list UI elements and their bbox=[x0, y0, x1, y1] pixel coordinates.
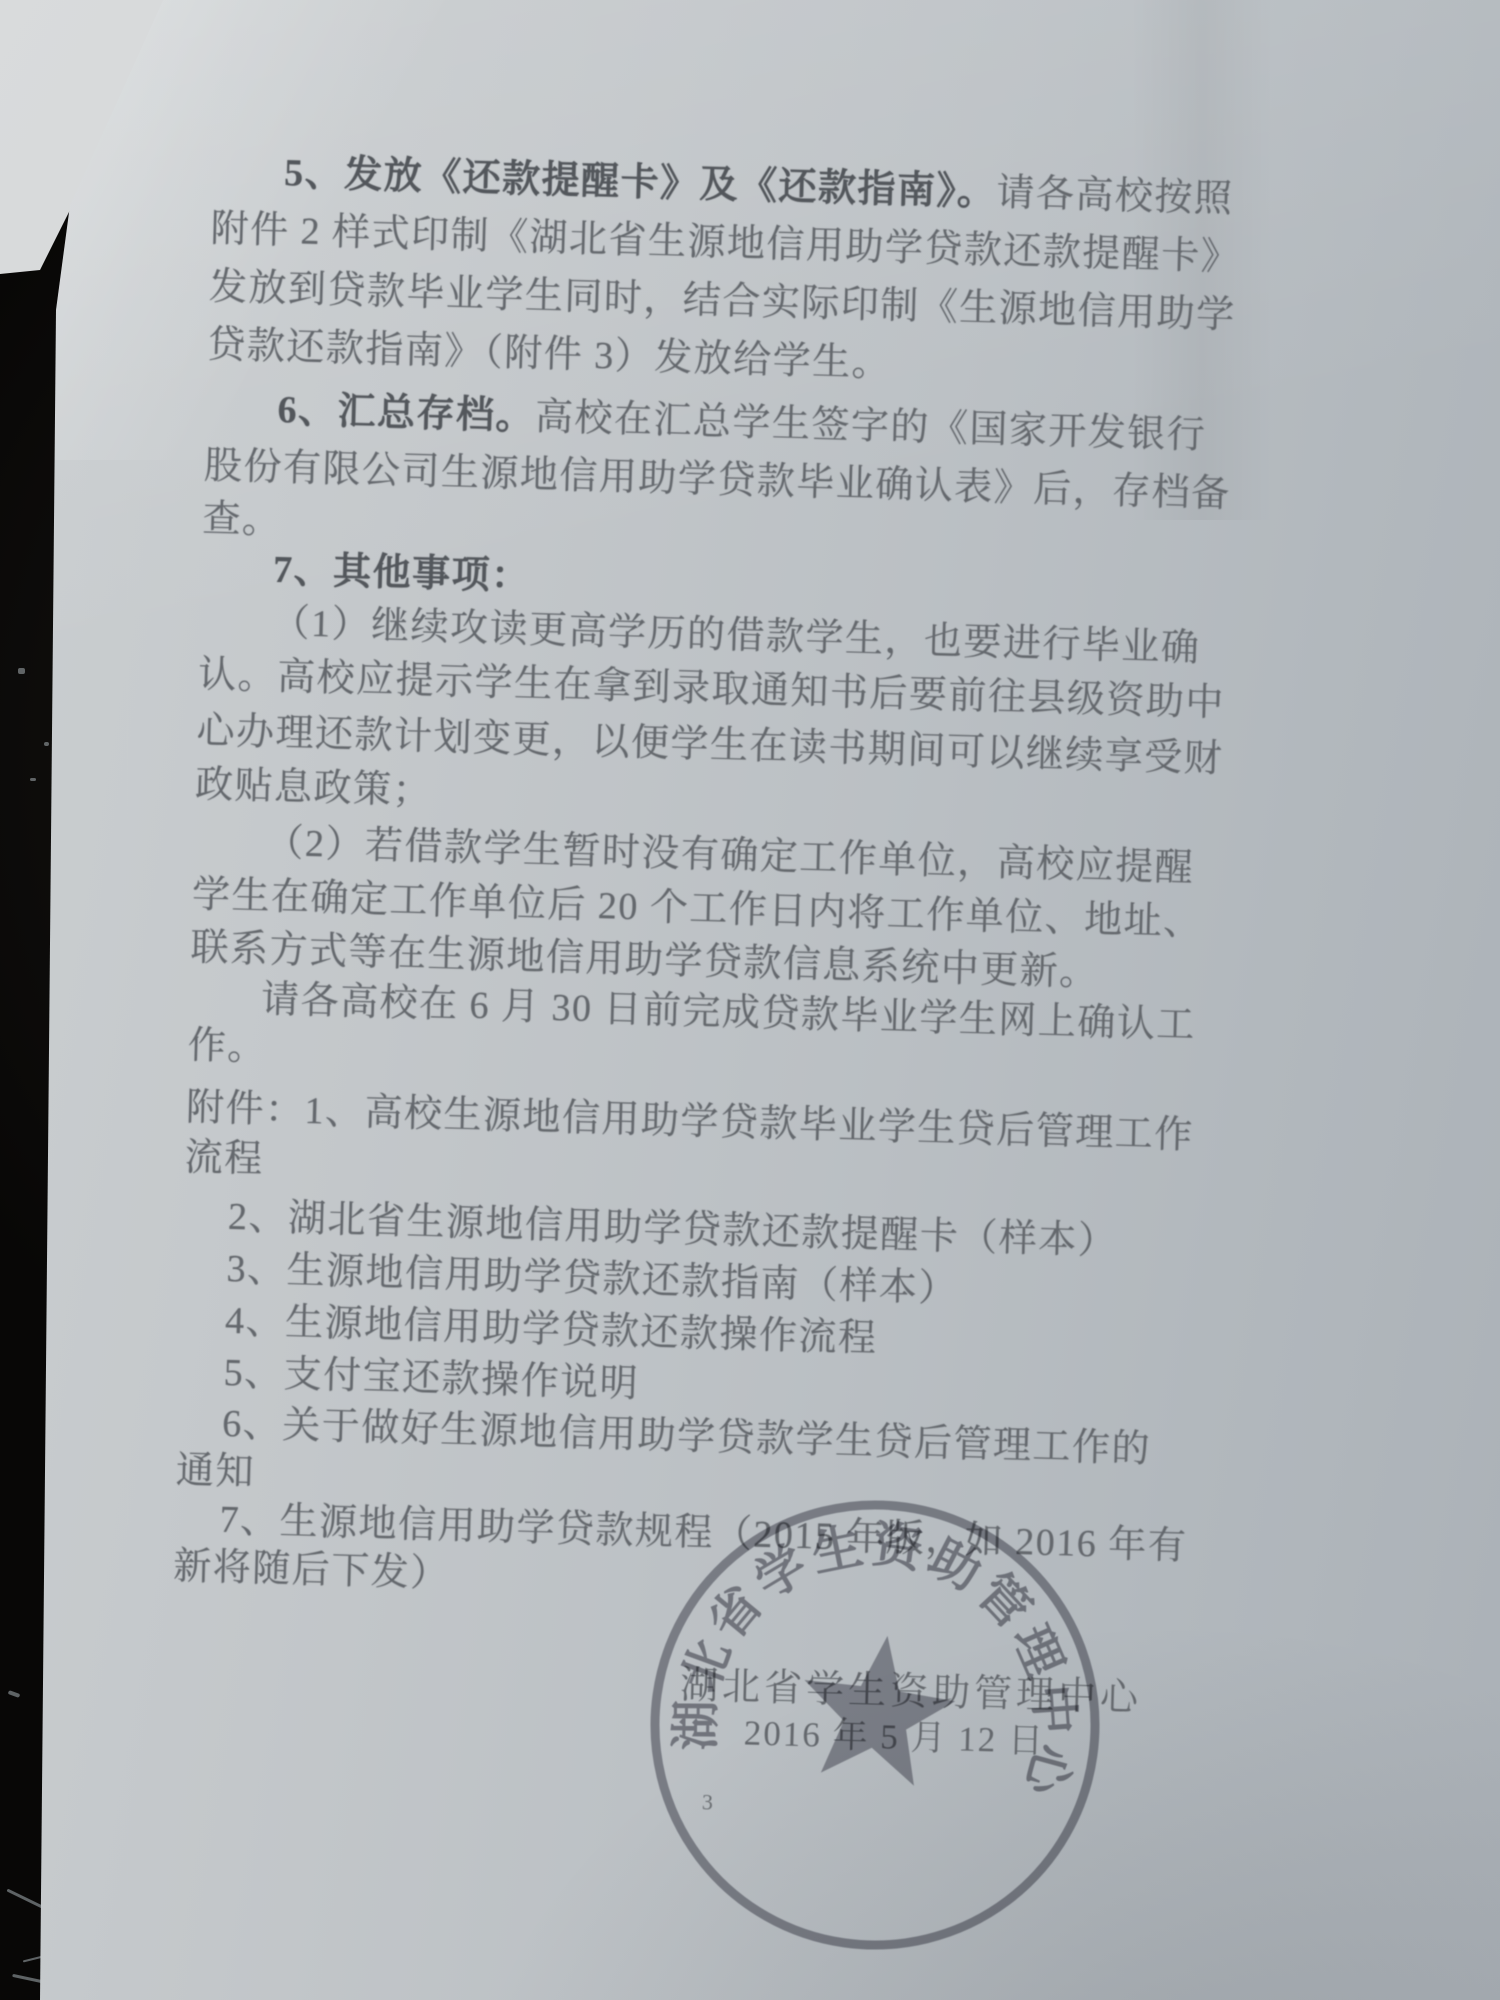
text-segment: 5、支付宝还款操作说明 bbox=[223, 1352, 640, 1406]
text-line: 贷款还款指南》（附件 3）发放给学生。 bbox=[207, 322, 892, 387]
text-segment-bold: 6、汇总存档。 bbox=[277, 389, 536, 438]
text-segment: 流程 bbox=[184, 1137, 264, 1181]
text-line: 7、其他事项： bbox=[273, 547, 532, 600]
text-line: 通知 bbox=[175, 1447, 255, 1495]
text-line: 流程 bbox=[184, 1135, 264, 1183]
text-segment: 高校在汇总学生签字的《国家开发银行 bbox=[534, 396, 1206, 457]
table-scratch bbox=[18, 668, 25, 674]
text-line: 6、关于做好生源地信用助学贷款学生贷后管理工作的 bbox=[222, 1401, 1152, 1473]
text-segment: 贷款还款指南》（附件 3）发放给学生。 bbox=[207, 324, 892, 385]
text-segment: 附件：1、高校生源地信用助学贷款毕业学生贷后管理工作 bbox=[186, 1087, 1195, 1157]
text-segment: 查。 bbox=[202, 498, 282, 542]
seal-star bbox=[792, 1625, 963, 1789]
text-line: 查。 bbox=[202, 496, 282, 544]
official-seal: 湖北省学生资助管理中心 bbox=[645, 1495, 1105, 1955]
text-segment: 股份有限公司生源地信用助学贷款毕业确认表》后，存档备 bbox=[203, 445, 1231, 516]
text-line: 附件：1、高校生源地信用助学贷款毕业学生贷后管理工作 bbox=[185, 1085, 1194, 1159]
text-segment-bold: 5、发放《还款提醒卡》及《还款指南》。 bbox=[284, 152, 997, 214]
text-line: 新将随后下发） bbox=[173, 1543, 451, 1597]
text-segment: 6、关于做好生源地信用助学贷款学生贷后管理工作的 bbox=[222, 1403, 1152, 1471]
text-segment: 作。 bbox=[187, 1025, 267, 1069]
text-segment: 新将随后下发） bbox=[173, 1545, 451, 1595]
text-segment: 政贴息政策； bbox=[195, 764, 433, 813]
table-scratch bbox=[30, 778, 36, 781]
text-segment: 请各高校按照 bbox=[996, 172, 1234, 221]
text-line: 作。 bbox=[187, 1023, 267, 1071]
text-line: 5、支付宝还款操作说明 bbox=[223, 1350, 640, 1408]
body-paragraphs: 5、发放《还款提醒卡》及《还款指南》。请各高校按照附件 2 样式印制《湖北省生源… bbox=[213, 145, 1413, 179]
text-line: 政贴息政策； bbox=[194, 762, 432, 815]
table-scratch bbox=[44, 742, 49, 746]
text-segment: 4、生源地信用助学贷款还款操作流程 bbox=[225, 1300, 878, 1360]
document-page: 5、发放《还款提醒卡》及《还款指南》。请各高校按照附件 2 样式印制《湖北省生源… bbox=[0, 0, 1500, 2000]
text-segment: 通知 bbox=[175, 1449, 255, 1493]
table-scratch bbox=[8, 1690, 21, 1698]
text-segment-bold: 7、其他事项： bbox=[273, 549, 532, 598]
